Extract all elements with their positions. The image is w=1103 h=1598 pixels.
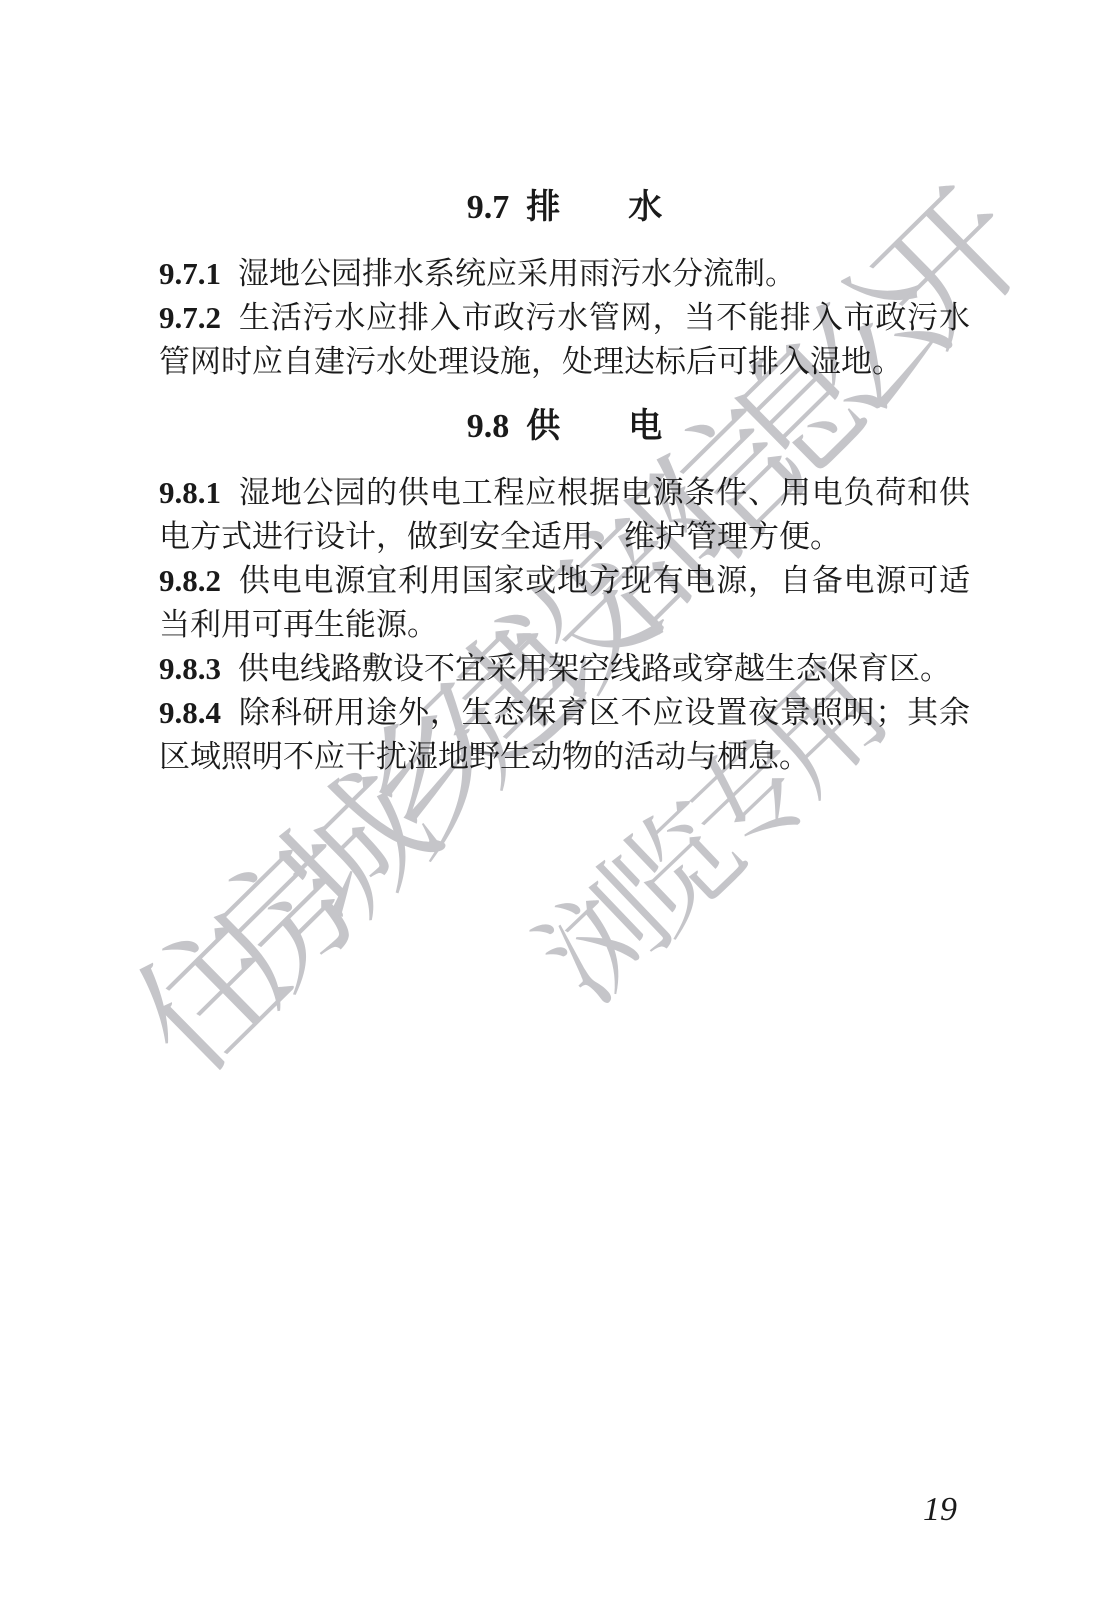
clause-number-9-8-3: 9.8.3 xyxy=(159,651,221,686)
clause-9-7-1: 9.7.1湿地公园排水系统应采用雨污水分流制。 xyxy=(159,252,970,296)
clause-9-7-2: 9.7.2生活污水应排入市政污水管网，当不能排入市政污水管网时应自建污水处理设施… xyxy=(159,296,970,384)
section-title-9-7: 排 水 xyxy=(526,189,662,226)
clause-text-9-7-2: 生活污水应排入市政污水管网，当不能排入市政污水管网时应自建污水处理设施，处理达标… xyxy=(159,300,970,379)
section-number-9-8: 9.8 xyxy=(467,408,510,445)
clause-number-9-8-2: 9.8.2 xyxy=(159,563,221,598)
section-number-9-7: 9.7 xyxy=(467,189,510,226)
document-page: 住房城乡建设部信息公开 浏览专用 9.7排 水 9.7.1湿地公园排水系统应采用… xyxy=(0,0,1103,1598)
clause-text-9-8-3: 供电线路敷设不宜采用架空线路或穿越生态保育区。 xyxy=(238,651,951,686)
clause-9-8-3: 9.8.3供电线路敷设不宜采用架空线路或穿越生态保育区。 xyxy=(159,647,970,691)
document-body: 9.7排 水 9.7.1湿地公园排水系统应采用雨污水分流制。 9.7.2生活污水… xyxy=(159,0,970,779)
clause-number-9-8-4: 9.8.4 xyxy=(159,695,221,730)
clause-9-8-4: 9.8.4除科研用途外，生态保育区不应设置夜景照明；其余区域照明不应干扰湿地野生… xyxy=(159,691,970,779)
section-heading-9-8: 9.8供 电 xyxy=(159,405,970,449)
section-title-9-8: 供 电 xyxy=(526,408,662,445)
clause-text-9-8-1: 湿地公园的供电工程应根据电源条件、用电负荷和供电方式进行设计，做到安全适用、维护… xyxy=(159,475,970,554)
clause-text-9-7-1: 湿地公园排水系统应采用雨污水分流制。 xyxy=(238,256,796,291)
clause-number-9-7-1: 9.7.1 xyxy=(159,256,221,291)
page-number: 19 xyxy=(905,1490,975,1530)
clause-number-9-7-2: 9.7.2 xyxy=(159,300,221,335)
clause-text-9-8-2: 供电电源宜利用国家或地方现有电源，自备电源可适当利用可再生能源。 xyxy=(159,563,970,642)
clause-9-8-2: 9.8.2供电电源宜利用国家或地方现有电源，自备电源可适当利用可再生能源。 xyxy=(159,559,970,647)
clause-9-8-1: 9.8.1湿地公园的供电工程应根据电源条件、用电负荷和供电方式进行设计，做到安全… xyxy=(159,471,970,559)
section-heading-9-7: 9.7排 水 xyxy=(159,186,970,230)
clause-text-9-8-4: 除科研用途外，生态保育区不应设置夜景照明；其余区域照明不应干扰湿地野生动物的活动… xyxy=(159,695,970,774)
clause-number-9-8-1: 9.8.1 xyxy=(159,475,221,510)
